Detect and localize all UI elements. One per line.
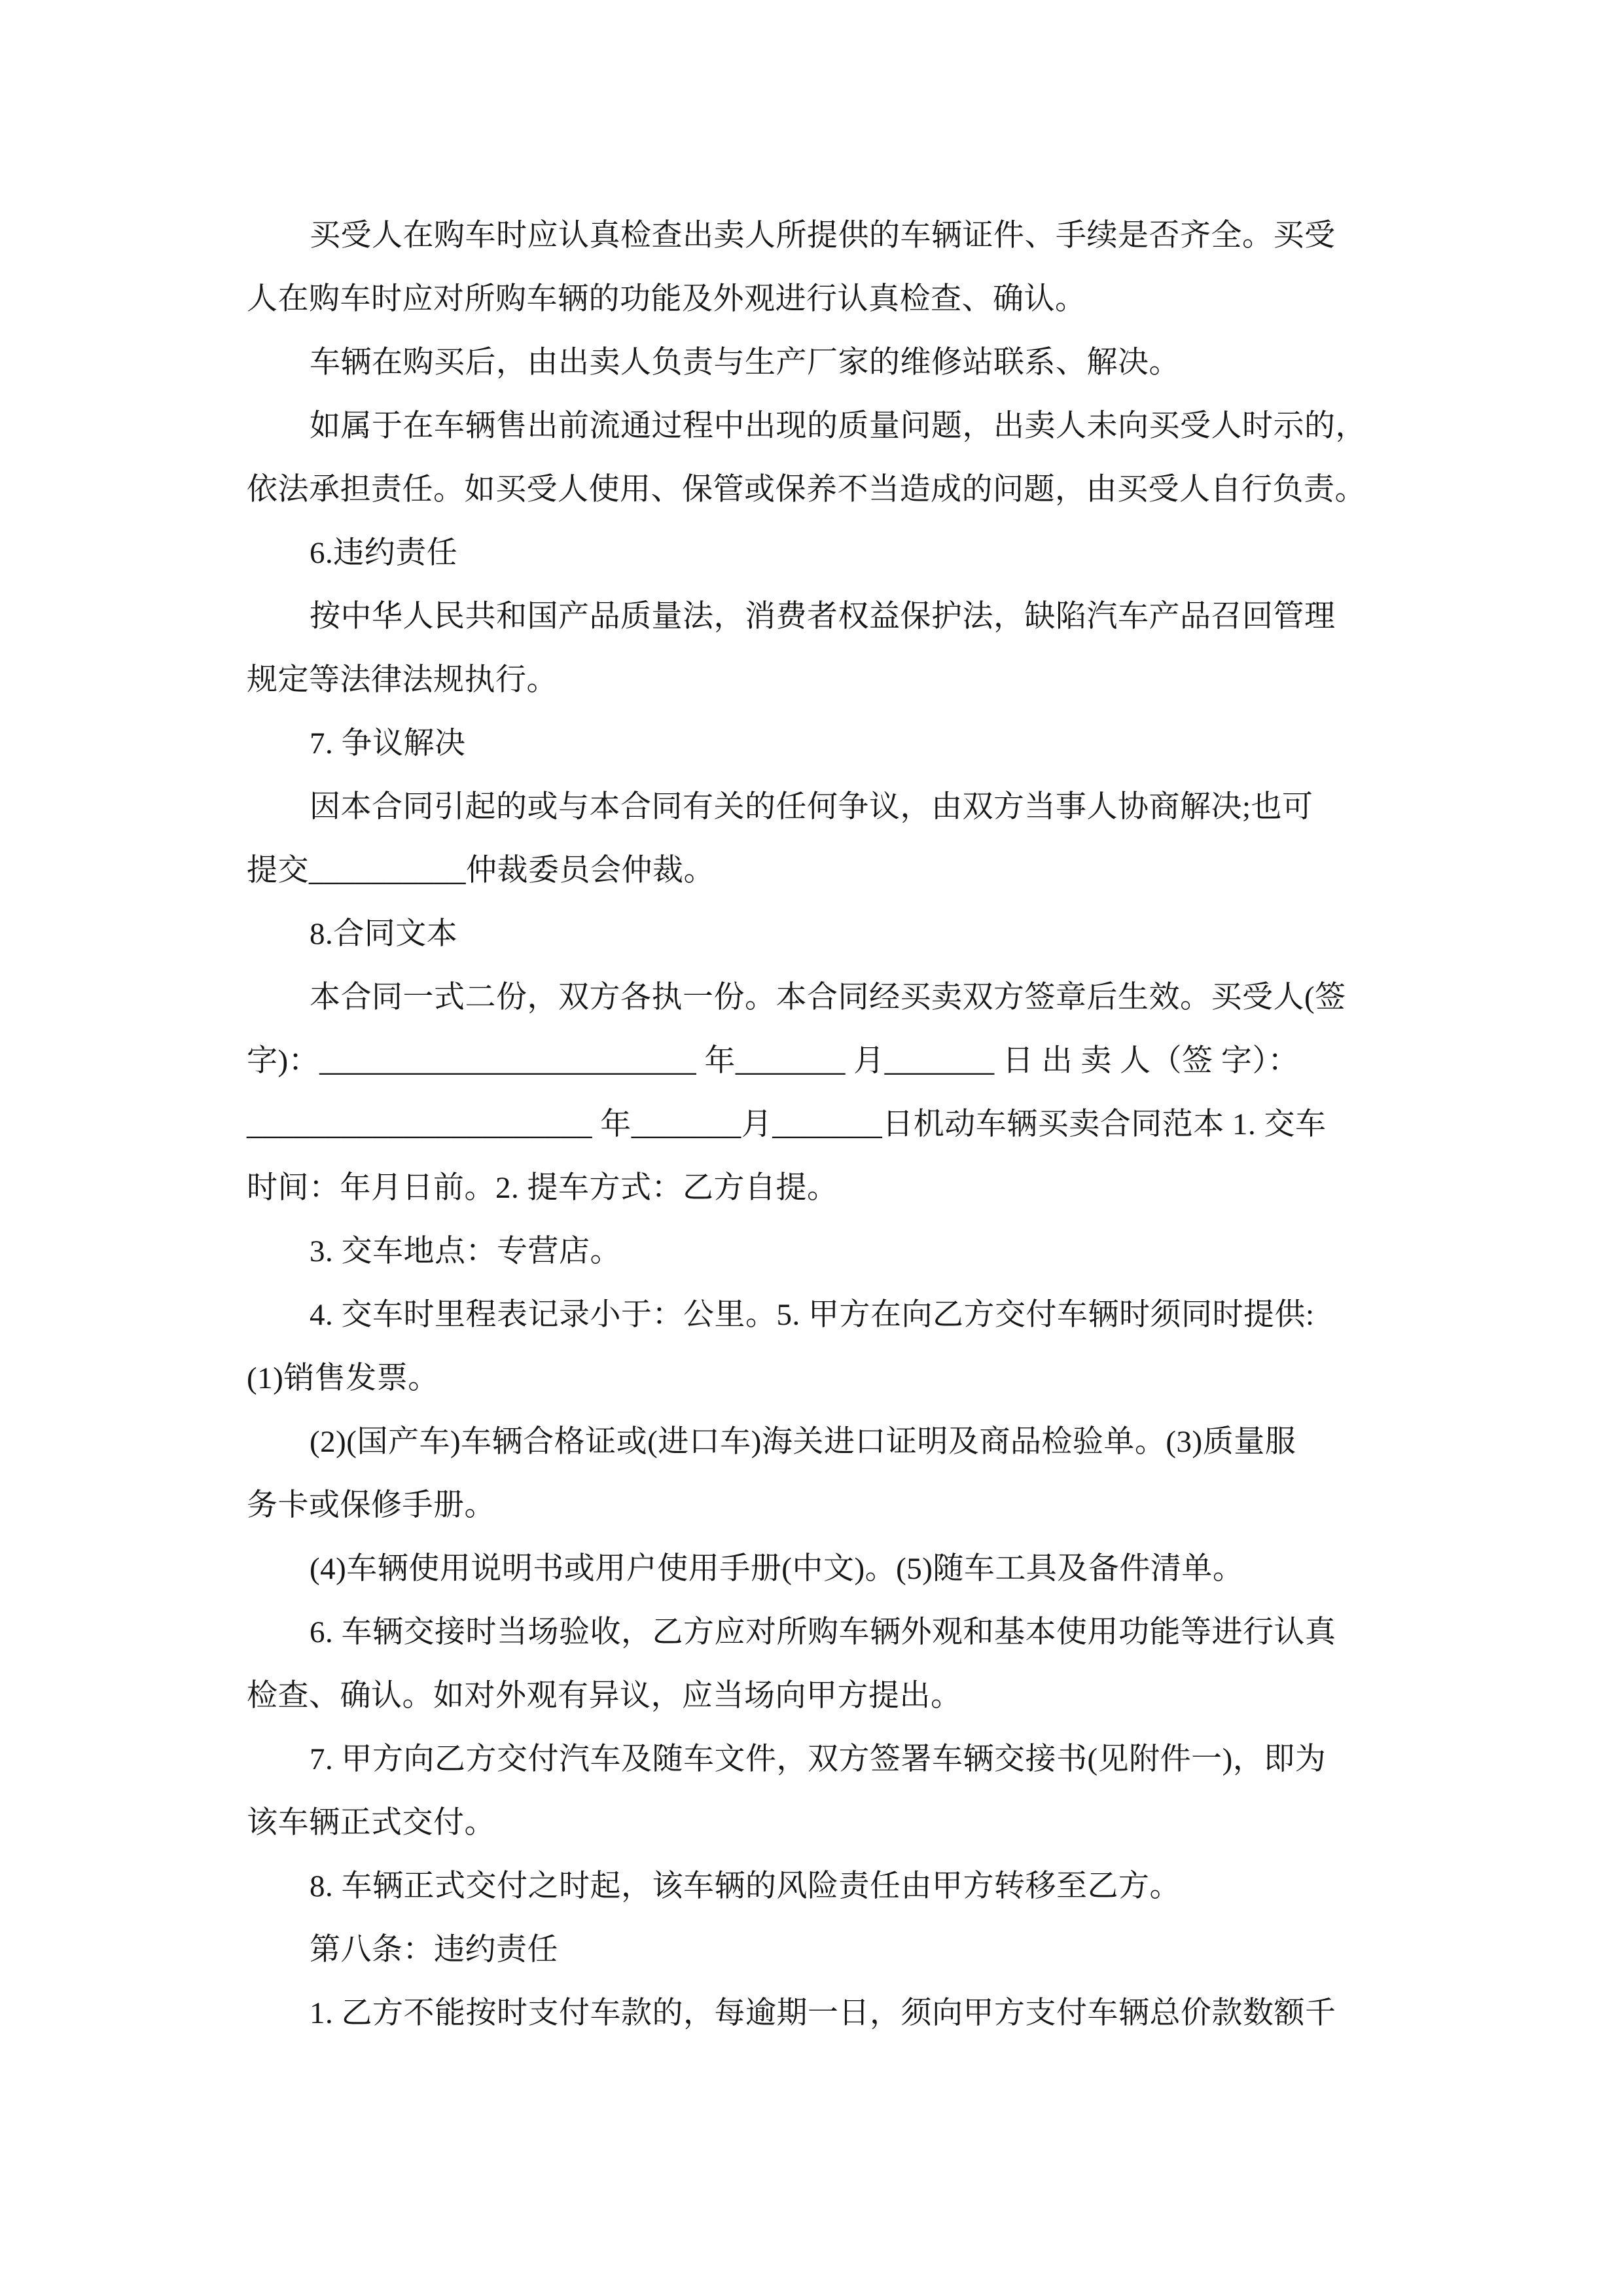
text-line: (4)车辆使用说明书或用户使用手册(中文)。(5)随车工具及备件清单。 bbox=[247, 1537, 1412, 1601]
text-line: 8. 车辆正式交付之时起，该车辆的风险责任由甲方转移至乙方。 bbox=[247, 1855, 1412, 1918]
contract-body: 买受人在购车时应认真检查出卖人所提供的车辆证件、手续是否齐全。买受人在购车时应对… bbox=[247, 204, 1412, 2045]
text-line: 6.违约责任 bbox=[247, 522, 1412, 585]
text-line: 该车辆正式交付。 bbox=[247, 1791, 1412, 1855]
text-line: 检查、确认。如对外观有异议，应当场向甲方提出。 bbox=[247, 1664, 1412, 1728]
text-line: 4. 交车时里程表记录小于：公里。5. 甲方在向乙方交付车辆时须同时提供: bbox=[247, 1283, 1412, 1347]
text-line: 按中华人民共和国产品质量法，消费者权益保护法，缺陷汽车产品召回管理 bbox=[247, 585, 1412, 649]
text-line: 提交__________仲裁委员会仲裁。 bbox=[247, 839, 1412, 903]
text-line: 时间：年月日前。2. 提车方式：乙方自提。 bbox=[247, 1157, 1412, 1220]
text-line: 人在购车时应对所购车辆的功能及外观进行认真检查、确认。 bbox=[247, 268, 1412, 331]
text-line: 车辆在购买后，由出卖人负责与生产厂家的维修站联系、解决。 bbox=[247, 331, 1412, 395]
text-line: 3. 交车地点：专营店。 bbox=[247, 1220, 1412, 1283]
document-page: 买受人在购车时应认真检查出卖人所提供的车辆证件、手续是否齐全。买受人在购车时应对… bbox=[0, 0, 1623, 2296]
text-line: (1)销售发票。 bbox=[247, 1347, 1412, 1410]
text-line: 如属于在车辆售出前流通过程中出现的质量问题，出卖人未向买受人时示的， bbox=[247, 395, 1412, 458]
text-line: 7. 甲方向乙方交付汽车及随车文件，双方签署车辆交接书(见附件一)，即为 bbox=[247, 1728, 1412, 1791]
text-line: 第八条：违约责任 bbox=[247, 1918, 1412, 1982]
text-line: ______________________ 年_______月_______日… bbox=[247, 1093, 1412, 1157]
text-line: 7. 争议解决 bbox=[247, 712, 1412, 776]
text-line: 字)：________________________ 年_______ 月__… bbox=[247, 1030, 1412, 1093]
text-line: 本合同一式二份，双方各执一份。本合同经买卖双方签章后生效。买受人(签 bbox=[247, 966, 1412, 1030]
text-line: 买受人在购车时应认真检查出卖人所提供的车辆证件、手续是否齐全。买受 bbox=[247, 204, 1412, 268]
text-line: 因本合同引起的或与本合同有关的任何争议，由双方当事人协商解决;也可 bbox=[247, 776, 1412, 839]
text-line: 6. 车辆交接时当场验收，乙方应对所购车辆外观和基本使用功能等进行认真 bbox=[247, 1601, 1412, 1664]
text-line: 规定等法律法规执行。 bbox=[247, 649, 1412, 712]
text-line: 务卡或保修手册。 bbox=[247, 1474, 1412, 1537]
text-line: 8.合同文本 bbox=[247, 903, 1412, 966]
text-line: 依法承担责任。如买受人使用、保管或保养不当造成的问题，由买受人自行负责。 bbox=[247, 458, 1412, 522]
text-line: (2)(国产车)车辆合格证或(进口车)海关进口证明及商品检验单。(3)质量服 bbox=[247, 1410, 1412, 1474]
text-line: 1. 乙方不能按时支付车款的，每逾期一日，须向甲方支付车辆总价款数额千 bbox=[247, 1982, 1412, 2045]
